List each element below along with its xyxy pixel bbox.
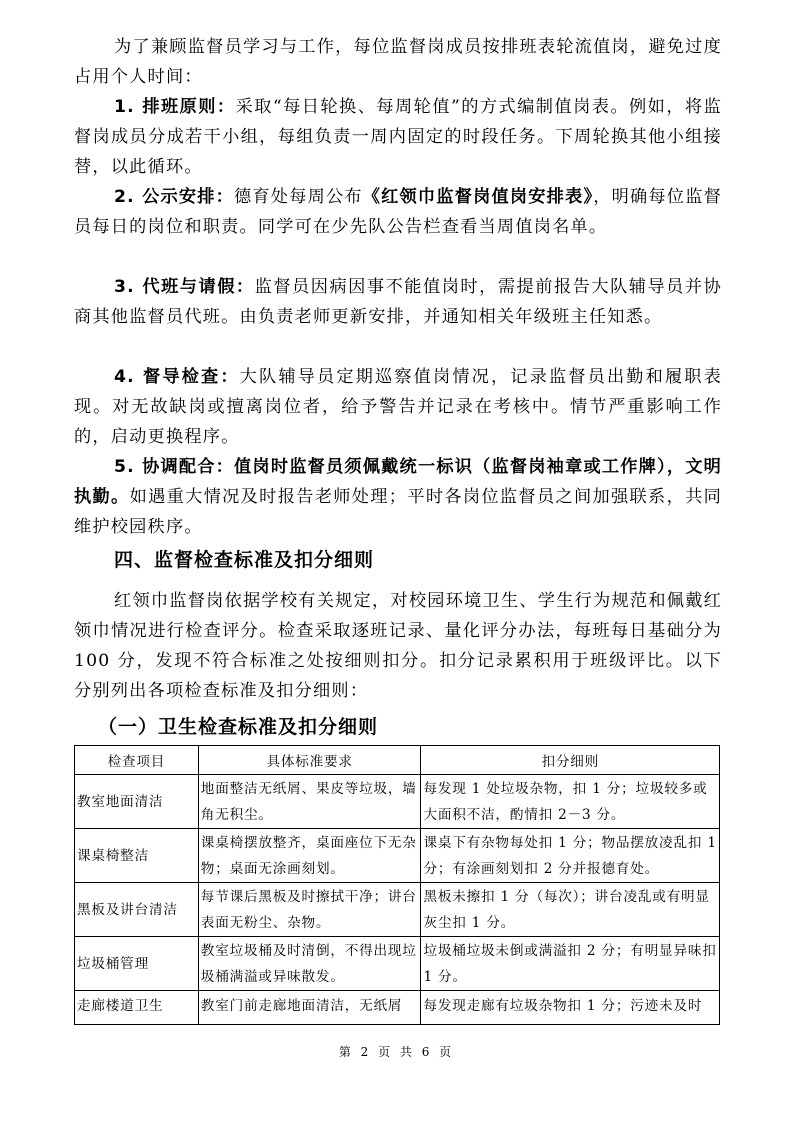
intro-text: 为了兼顾监督员学习与工作，每位监督岗成员按排班表轮流值岗，避免过度占用个人时间： bbox=[74, 37, 722, 87]
cell-deduction: 垃圾桶垃圾未倒或满溢扣 2 分；有明显异味扣 1 分。 bbox=[421, 937, 720, 991]
rule-1: 1. 排班原则：采取“每日轮换、每周轮值”的方式编制值岗表。例如，将监督岗成员分… bbox=[74, 92, 722, 182]
header-standard: 具体标准要求 bbox=[198, 746, 421, 775]
table-row: 课桌椅整洁 课桌椅摆放整齐，桌面座位下无杂物；桌面无涂画刻划。 课桌下有杂物每处… bbox=[75, 829, 720, 883]
hygiene-subheading: （一）卫生检查标准及扣分细则 bbox=[98, 712, 378, 739]
section-4-intro: 红领巾监督岗依据学校有关规定，对校园环境卫生、学生行为规范和佩戴红领巾情况进行检… bbox=[74, 586, 722, 706]
cell-deduction: 每发现走廊有垃圾杂物扣 1 分；污迹未及时 bbox=[421, 991, 720, 1025]
cell-standard: 地面整洁无纸屑、果皮等垃圾，墙角无积尘。 bbox=[198, 775, 421, 829]
table-row: 教室地面清洁 地面整洁无纸屑、果皮等垃圾，墙角无积尘。 每发现 1 处垃圾杂物，… bbox=[75, 775, 720, 829]
rule-2-text-before: 德育处每周公布 bbox=[234, 187, 363, 207]
table-row: 走廊楼道卫生 教室门前走廊地面清洁，无纸屑 每发现走廊有垃圾杂物扣 1 分；污迹… bbox=[75, 991, 720, 1025]
section-4-intro-text: 红领巾监督岗依据学校有关规定，对校园环境卫生、学生行为规范和佩戴红领巾情况进行检… bbox=[74, 591, 722, 701]
rule-4-label: 4. 督导检查： bbox=[114, 367, 240, 387]
intro-paragraph: 为了兼顾监督员学习与工作，每位监督岗成员按排班表轮流值岗，避免过度占用个人时间： bbox=[74, 32, 722, 92]
rule-1-label: 1. 排班原则： bbox=[114, 97, 236, 117]
rule-2-label: 2. 公示安排： bbox=[114, 187, 234, 207]
page-footer: 第 2 页 共 6 页 bbox=[0, 1043, 793, 1060]
table-row: 黑板及讲台清洁 每节课后黑板及时擦拭干净；讲台表面无粉尘、杂物。 黑板未擦扣 1… bbox=[75, 883, 720, 937]
table-header-row: 检查项目 具体标准要求 扣分细则 bbox=[75, 746, 720, 775]
header-item: 检查项目 bbox=[75, 746, 199, 775]
rule-4: 4. 督导检查：大队辅导员定期巡察值岗情况，记录监督员出勤和履职表现。对无故缺岗… bbox=[74, 362, 722, 452]
cell-standard: 每节课后黑板及时擦拭干净；讲台表面无粉尘、杂物。 bbox=[198, 883, 421, 937]
cell-standard: 教室门前走廊地面清洁，无纸屑 bbox=[198, 991, 421, 1025]
section-4-heading: 四、监督检查标准及扣分细则 bbox=[114, 545, 374, 572]
table-row: 垃圾桶管理 教室垃圾桶及时清倒，不得出现垃圾桶满溢或异味散发。 垃圾桶垃圾未倒或… bbox=[75, 937, 720, 991]
rule-3: 3. 代班与请假：监督员因病因事不能值岗时，需提前报告大队辅导员并协商其他监督员… bbox=[74, 272, 722, 332]
rule-5: 5. 协调配合：值岗时监督员须佩戴统一标识（监督岗袖章或工作牌），文明执勤。如遇… bbox=[74, 452, 722, 542]
rule-2: 2. 公示安排：德育处每周公布《红领巾监督岗值岗安排表》，明确每位监督员每日的岗… bbox=[74, 182, 722, 242]
rule-5-label: 5. 协调配合： bbox=[114, 457, 234, 477]
rule-5-text: 如遇重大情况及时报告老师处理；平时各岗位监督员之间加强联系，共同维护校园秩序。 bbox=[74, 487, 722, 537]
cell-item: 教室地面清洁 bbox=[75, 775, 199, 829]
header-deduction: 扣分细则 bbox=[421, 746, 720, 775]
cell-deduction: 课桌下有杂物每处扣 1 分；物品摆放凌乱扣 1 分；有涂画刻划扣 2 分并报德育… bbox=[421, 829, 720, 883]
hygiene-standards-table: 检查项目 具体标准要求 扣分细则 教室地面清洁 地面整洁无纸屑、果皮等垃圾，墙角… bbox=[74, 745, 720, 1025]
cell-standard: 教室垃圾桶及时清倒，不得出现垃圾桶满溢或异味散发。 bbox=[198, 937, 421, 991]
document-page: 为了兼顾监督员学习与工作，每位监督岗成员按排班表轮流值岗，避免过度占用个人时间：… bbox=[0, 0, 793, 1122]
cell-item: 垃圾桶管理 bbox=[75, 937, 199, 991]
cell-deduction: 黑板未擦扣 1 分（每次）；讲台凌乱或有明显灰尘扣 1 分。 bbox=[421, 883, 720, 937]
cell-item: 走廊楼道卫生 bbox=[75, 991, 199, 1025]
rule-3-label: 3. 代班与请假： bbox=[114, 277, 255, 297]
cell-standard: 课桌椅摆放整齐，桌面座位下无杂物；桌面无涂画刻划。 bbox=[198, 829, 421, 883]
rule-2-table-title: 《红领巾监督岗值岗安排表》 bbox=[363, 187, 593, 207]
cell-item: 黑板及讲台清洁 bbox=[75, 883, 199, 937]
cell-item: 课桌椅整洁 bbox=[75, 829, 199, 883]
cell-deduction: 每发现 1 处垃圾杂物，扣 1 分；垃圾较多或大面积不洁，酌情扣 2－3 分。 bbox=[421, 775, 720, 829]
